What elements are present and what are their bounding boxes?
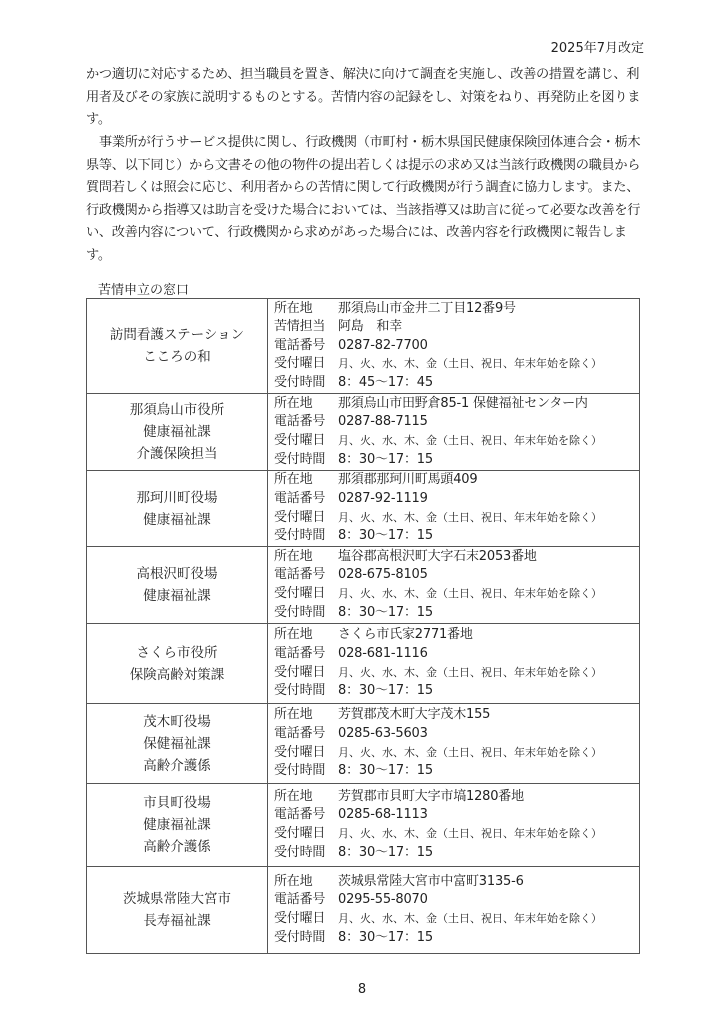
phone-number-label: 電話番号	[274, 337, 338, 356]
organization-name-line: 高齢介護係	[87, 755, 267, 777]
contact-row: 那珂川町役場健康福祉課所在地那須郡那珂川町馬頭409電話番号0287-92-11…	[87, 471, 640, 547]
contact-info-cell: 所在地さくら市氏家2771番地電話番号028-681-1116受付曜日月、火、水…	[268, 624, 640, 704]
address-value: 塩谷郡高根沢町大字石末2053番地	[338, 549, 537, 564]
reception-days-label: 受付曜日	[274, 585, 338, 604]
reception-hours-value: 8：30～17：15	[338, 763, 433, 778]
contact-info-cell: 所在地塩谷郡高根沢町大字石末2053番地電話番号028-675-8105受付曜日…	[268, 547, 640, 624]
organization-name-line: 長寿福祉課	[87, 910, 267, 932]
organization-cell: 茂木町役場保健福祉課高齢介護係	[87, 704, 268, 784]
address-label: 所在地	[274, 471, 338, 490]
reception-days-label: 受付曜日	[274, 355, 338, 374]
reception-days-label: 受付曜日	[274, 910, 338, 929]
reception-hours-line: 受付時間8：30～17：15	[274, 762, 639, 781]
contact-info-cell: 所在地那須烏山市金井二丁目12番9号苦情担当阿島 和幸電話番号0287-82-7…	[268, 299, 640, 394]
reception-days-line: 受付曜日月、火、水、木、金（土日、祝日、年末年始を除く）	[274, 664, 639, 683]
organization-name-line: 訪問看護ステーション	[87, 324, 267, 346]
reception-days-label: 受付曜日	[274, 744, 338, 763]
phone-number-line: 電話番号0287-88-7115	[274, 413, 639, 432]
reception-hours-line: 受付時間8：45～17：45	[274, 374, 639, 393]
organization-name-line: 介護保険担当	[87, 443, 267, 465]
phone-number-value[interactable]: 0287-92-1119	[338, 491, 428, 506]
reception-days-line: 受付曜日月、火、水、木、金（土日、祝日、年末年始を除く）	[274, 355, 639, 374]
organization-cell: 那須烏山市役所健康福祉課介護保険担当	[87, 394, 268, 471]
phone-number-label: 電話番号	[274, 806, 338, 825]
phone-number-value[interactable]: 028-681-1116	[338, 646, 428, 661]
complaint-contacts-table: 訪問看護ステーションこころの和所在地那須烏山市金井二丁目12番9号苦情担当阿島 …	[86, 298, 640, 954]
reception-hours-line: 受付時間8：30～17：15	[274, 929, 639, 948]
organization-name-line: 那珂川町役場	[87, 487, 267, 509]
reception-days-value: 月、火、水、木、金（土日、祝日、年末年始を除く）	[338, 666, 602, 679]
phone-number-label: 電話番号	[274, 645, 338, 664]
organization-name-line: 保険高齢対策課	[87, 664, 267, 686]
phone-number-line: 電話番号028-681-1116	[274, 645, 639, 664]
phone-number-line: 電話番号0287-92-1119	[274, 490, 639, 509]
address-label: 所在地	[274, 706, 338, 725]
reception-hours-value: 8：30～17：15	[338, 528, 433, 543]
reception-hours-label: 受付時間	[274, 844, 338, 863]
organization-name-line: 那須烏山市役所	[87, 399, 267, 421]
address-label: 所在地	[274, 548, 338, 567]
contact-row: 訪問看護ステーションこころの和所在地那須烏山市金井二丁目12番9号苦情担当阿島 …	[87, 299, 640, 394]
reception-hours-value: 8：30～17：15	[338, 452, 433, 467]
reception-days-label: 受付曜日	[274, 664, 338, 683]
phone-number-label: 電話番号	[274, 490, 338, 509]
contact-row: 茂木町役場保健福祉課高齢介護係所在地芳賀郡茂木町大字茂木155電話番号0285-…	[87, 704, 640, 784]
reception-days-label: 受付曜日	[274, 509, 338, 528]
contact-info-cell: 所在地芳賀郡市貝町大字市塙1280番地電話番号0285-68-1113受付曜日月…	[268, 784, 640, 867]
address-value: 那須烏山市田野倉85-1 保健福祉センター内	[338, 396, 588, 411]
address-line: 所在地那須烏山市金井二丁目12番9号	[274, 300, 639, 319]
reception-days-label: 受付曜日	[274, 825, 338, 844]
organization-name-line: 茂木町役場	[87, 711, 267, 733]
phone-number-line: 電話番号0285-68-1113	[274, 806, 639, 825]
organization-name-line: 高齢介護係	[87, 836, 267, 858]
reception-days-line: 受付曜日月、火、水、木、金（土日、祝日、年末年始を除く）	[274, 910, 639, 929]
address-label: 所在地	[274, 395, 338, 414]
revision-date: 2025年7月改定	[551, 37, 644, 56]
reception-days-value: 月、火、水、木、金（土日、祝日、年末年始を除く）	[338, 511, 602, 524]
reception-days-line: 受付曜日月、火、水、木、金（土日、祝日、年末年始を除く）	[274, 825, 639, 844]
address-line: 所在地さくら市氏家2771番地	[274, 626, 639, 645]
organization-cell: 茨城県常陸大宮市長寿福祉課	[87, 867, 268, 954]
organization-name-line: 健康福祉課	[87, 814, 267, 836]
phone-number-label: 電話番号	[274, 413, 338, 432]
reception-days-line: 受付曜日月、火、水、木、金（土日、祝日、年末年始を除く）	[274, 585, 639, 604]
reception-hours-value: 8：45～17：45	[338, 375, 433, 390]
table-title: 苦情申立の窓口	[98, 279, 189, 298]
contact-person-line: 苦情担当阿島 和幸	[274, 318, 639, 337]
address-value: 那須郡那珂川町馬頭409	[338, 472, 477, 487]
contact-row: 那須烏山市役所健康福祉課介護保険担当所在地那須烏山市田野倉85-1 保健福祉セン…	[87, 394, 640, 471]
contact-row: 市貝町役場健康福祉課高齢介護係所在地芳賀郡市貝町大字市塙1280番地電話番号02…	[87, 784, 640, 867]
address-line: 所在地那須郡那珂川町馬頭409	[274, 471, 639, 490]
address-line: 所在地茨城県常陸大宮市中富町3135-6	[274, 873, 639, 892]
organization-name-line: こころの和	[87, 346, 267, 368]
reception-hours-value: 8：30～17：15	[338, 605, 433, 620]
organization-name-line: 健康福祉課	[87, 585, 267, 607]
phone-number-value[interactable]: 0285-68-1113	[338, 807, 428, 822]
organization-cell: 高根沢町役場健康福祉課	[87, 547, 268, 624]
address-value: 芳賀郡茂木町大字茂木155	[338, 707, 490, 722]
address-value: 那須烏山市金井二丁目12番9号	[338, 301, 516, 316]
phone-number-line: 電話番号0287-82-7700	[274, 337, 639, 356]
phone-number-line: 電話番号028-675-8105	[274, 566, 639, 585]
organization-name-line: 市貝町役場	[87, 792, 267, 814]
reception-hours-label: 受付時間	[274, 451, 338, 470]
reception-days-label: 受付曜日	[274, 432, 338, 451]
contact-info-cell: 所在地芳賀郡茂木町大字茂木155電話番号0285-63-5603受付曜日月、火、…	[268, 704, 640, 784]
address-label: 所在地	[274, 788, 338, 807]
phone-number-label: 電話番号	[274, 566, 338, 585]
phone-number-value[interactable]: 0287-88-7115	[338, 414, 428, 429]
reception-days-value: 月、火、水、木、金（土日、祝日、年末年始を除く）	[338, 912, 602, 925]
address-value: さくら市氏家2771番地	[338, 627, 473, 642]
organization-name-line: 高根沢町役場	[87, 563, 267, 585]
phone-number-value[interactable]: 0295-55-8070	[338, 892, 428, 907]
organization-name-line: 健康福祉課	[87, 421, 267, 443]
contact-row: 茨城県常陸大宮市長寿福祉課所在地茨城県常陸大宮市中富町3135-6電話番号029…	[87, 867, 640, 954]
organization-name-line: 保健福祉課	[87, 733, 267, 755]
address-value: 茨城県常陸大宮市中富町3135-6	[338, 874, 524, 889]
address-line: 所在地那須烏山市田野倉85-1 保健福祉センター内	[274, 395, 639, 414]
address-line: 所在地芳賀郡茂木町大字茂木155	[274, 706, 639, 725]
organization-cell: さくら市役所保険高齢対策課	[87, 624, 268, 704]
reception-hours-line: 受付時間8：30～17：15	[274, 604, 639, 623]
phone-number-label: 電話番号	[274, 725, 338, 744]
contact-row: さくら市役所保険高齢対策課所在地さくら市氏家2771番地電話番号028-681-…	[87, 624, 640, 704]
organization-name-line: 健康福祉課	[87, 509, 267, 531]
reception-hours-label: 受付時間	[274, 682, 338, 701]
reception-days-line: 受付曜日月、火、水、木、金（土日、祝日、年末年始を除く）	[274, 509, 639, 528]
phone-number-line: 電話番号0295-55-8070	[274, 891, 639, 910]
reception-hours-line: 受付時間8：30～17：15	[274, 682, 639, 701]
address-value: 芳賀郡市貝町大字市塙1280番地	[338, 789, 524, 804]
reception-hours-label: 受付時間	[274, 374, 338, 393]
phone-number-value[interactable]: 0287-82-7700	[338, 338, 428, 353]
phone-number-value[interactable]: 0285-63-5603	[338, 726, 428, 741]
contact-info-cell: 所在地那須郡那珂川町馬頭409電話番号0287-92-1119受付曜日月、火、水…	[268, 471, 640, 547]
phone-number-line: 電話番号0285-63-5603	[274, 725, 639, 744]
reception-hours-label: 受付時間	[274, 527, 338, 546]
organization-cell: 那珂川町役場健康福祉課	[87, 471, 268, 547]
phone-number-label: 電話番号	[274, 891, 338, 910]
paragraph-complaint-handling: かつ適切に対応するため、担当職員を置き、解決に向けて調査を実施し、改善の措置を講…	[86, 64, 646, 132]
reception-hours-value: 8：30～17：15	[338, 845, 433, 860]
address-label: 所在地	[274, 300, 338, 319]
contact-info-cell: 所在地茨城県常陸大宮市中富町3135-6電話番号0295-55-8070受付曜日…	[268, 867, 640, 954]
paragraph-text: 事業所が行うサービス提供に関し、行政機関（市町村・栃木県国民健康保険団体連合会・…	[86, 132, 646, 267]
paragraph-text: かつ適切に対応するため、担当職員を置き、解決に向けて調査を実施し、改善の措置を講…	[86, 64, 646, 132]
address-line: 所在地芳賀郡市貝町大字市塙1280番地	[274, 788, 639, 807]
phone-number-value[interactable]: 028-675-8105	[338, 567, 428, 582]
reception-days-value: 月、火、水、木、金（土日、祝日、年末年始を除く）	[338, 746, 602, 759]
reception-days-line: 受付曜日月、火、水、木、金（土日、祝日、年末年始を除く）	[274, 744, 639, 763]
organization-name-line: さくら市役所	[87, 642, 267, 664]
address-label: 所在地	[274, 873, 338, 892]
reception-hours-label: 受付時間	[274, 762, 338, 781]
contact-info-cell: 所在地那須烏山市田野倉85-1 保健福祉センター内電話番号0287-88-711…	[268, 394, 640, 471]
reception-days-value: 月、火、水、木、金（土日、祝日、年末年始を除く）	[338, 357, 602, 370]
reception-days-value: 月、火、水、木、金（土日、祝日、年末年始を除く）	[338, 587, 602, 600]
reception-hours-label: 受付時間	[274, 604, 338, 623]
reception-hours-line: 受付時間8：30～17：15	[274, 527, 639, 546]
reception-hours-label: 受付時間	[274, 929, 338, 948]
organization-cell: 市貝町役場健康福祉課高齢介護係	[87, 784, 268, 867]
address-line: 所在地塩谷郡高根沢町大字石末2053番地	[274, 548, 639, 567]
paragraph-government-cooperation: 事業所が行うサービス提供に関し、行政機関（市町村・栃木県国民健康保険団体連合会・…	[86, 132, 646, 267]
address-label: 所在地	[274, 626, 338, 645]
reception-hours-value: 8：30～17：15	[338, 683, 433, 698]
contact-person-label: 苦情担当	[274, 318, 338, 337]
organization-cell: 訪問看護ステーションこころの和	[87, 299, 268, 394]
reception-days-value: 月、火、水、木、金（土日、祝日、年末年始を除く）	[338, 434, 602, 447]
reception-days-line: 受付曜日月、火、水、木、金（土日、祝日、年末年始を除く）	[274, 432, 639, 451]
reception-hours-line: 受付時間8：30～17：15	[274, 451, 639, 470]
organization-name-line: 茨城県常陸大宮市	[87, 888, 267, 910]
page-number: 8	[0, 982, 724, 997]
reception-hours-line: 受付時間8：30～17：15	[274, 844, 639, 863]
contact-row: 高根沢町役場健康福祉課所在地塩谷郡高根沢町大字石末2053番地電話番号028-6…	[87, 547, 640, 624]
contact-person-value: 阿島 和幸	[338, 319, 402, 334]
reception-hours-value: 8：30～17：15	[338, 930, 433, 945]
reception-days-value: 月、火、水、木、金（土日、祝日、年末年始を除く）	[338, 827, 602, 840]
